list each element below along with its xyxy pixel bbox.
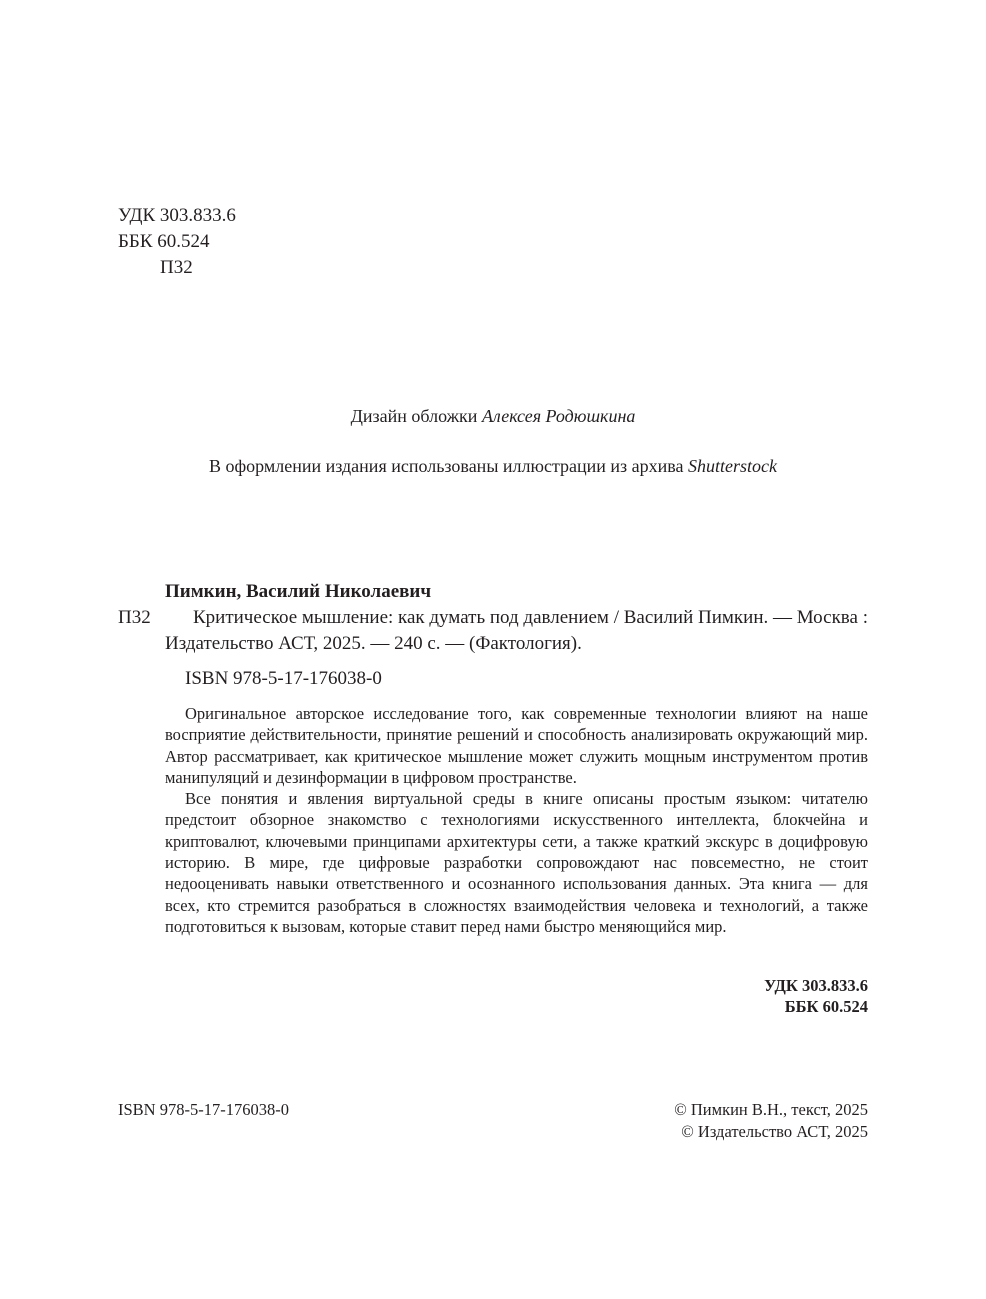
annotation-bbk: ББК 60.524 bbox=[764, 996, 868, 1017]
bibliographic-description: Критическое мышление: как думать под дав… bbox=[165, 605, 868, 657]
copyright-author: © Пимкин В.Н., текст, 2025 bbox=[674, 1099, 868, 1121]
bibliographic-description-text: Критическое мышление: как думать под дав… bbox=[165, 605, 868, 657]
annotation: Оригинальное авторское исследование того… bbox=[165, 703, 868, 937]
annotation-udk: УДК 303.833.6 bbox=[764, 975, 868, 996]
illustrations-source: Shutterstock bbox=[688, 456, 777, 476]
illustrations-label: В оформлении издания использованы иллюст… bbox=[209, 456, 688, 476]
udk-code: УДК 303.833.6 bbox=[118, 203, 236, 229]
author-heading: Пимкин, Василий Николаевич bbox=[165, 580, 431, 604]
bibliographic-author-mark: П32 bbox=[118, 605, 151, 631]
copyright-block: © Пимкин В.Н., текст, 2025 © Издательств… bbox=[674, 1099, 868, 1143]
author-mark: П32 bbox=[118, 255, 236, 281]
cover-design-label: Дизайн обложки bbox=[351, 406, 482, 426]
copyright-publisher: © Издательство АСТ, 2025 bbox=[674, 1121, 868, 1143]
cover-design-credit: Дизайн обложки Алексея Родюшкина bbox=[0, 404, 986, 428]
footer-isbn: ISBN 978-5-17-176038-0 bbox=[118, 1099, 289, 1121]
annotation-classification: УДК 303.833.6 ББК 60.524 bbox=[764, 975, 868, 1017]
illustrations-credit: В оформлении издания использованы иллюст… bbox=[0, 454, 986, 478]
bbk-code: ББК 60.524 bbox=[118, 229, 236, 255]
classification-block: УДК 303.833.6 ББК 60.524 П32 bbox=[118, 203, 236, 281]
annotation-paragraph: Все понятия и явления виртуальной среды … bbox=[165, 788, 868, 937]
cover-designer-name: Алексея Родюшкина bbox=[482, 406, 635, 426]
annotation-paragraph: Оригинальное авторское исследование того… bbox=[165, 703, 868, 788]
isbn-record: ISBN 978-5-17-176038-0 bbox=[185, 667, 382, 691]
